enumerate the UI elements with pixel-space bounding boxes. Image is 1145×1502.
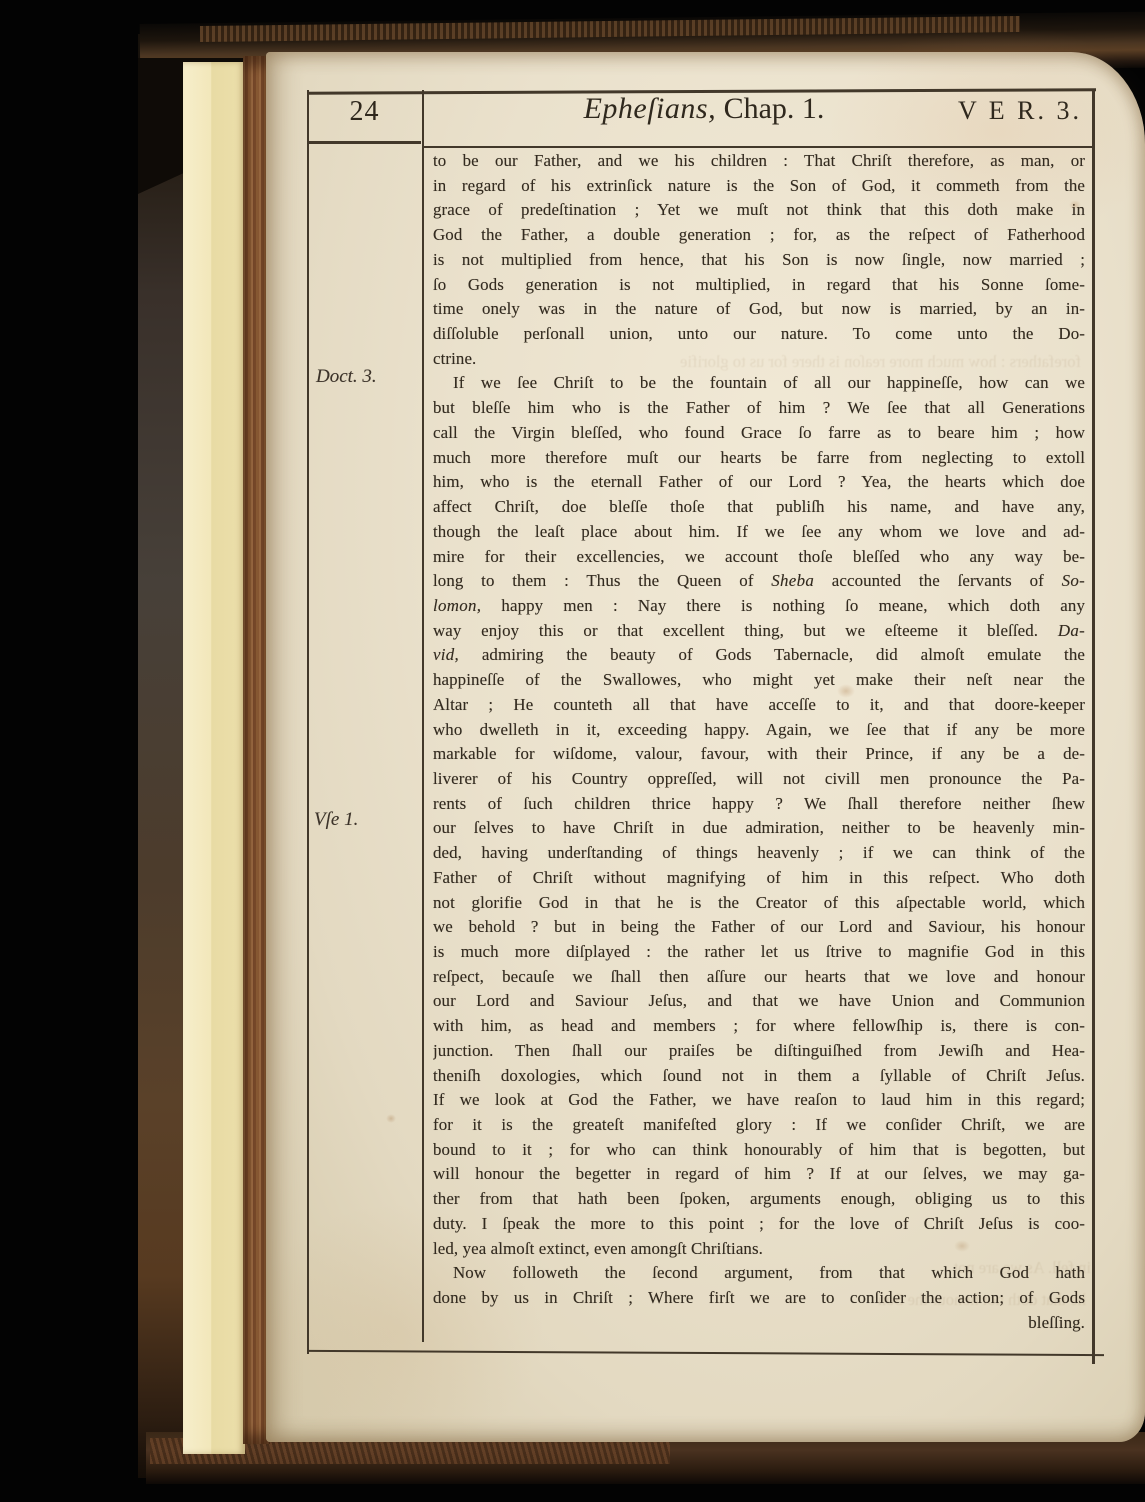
text-line: ſo Gods generation is not multiplied, in… xyxy=(433,275,1085,300)
text-line: though the leaſt place about him. If we … xyxy=(433,522,1085,547)
text-line: for it is the greateſt manifeſted glory … xyxy=(433,1115,1085,1140)
text-line: in regard of his extrinſick nature is th… xyxy=(433,176,1085,201)
verse-reference: V E R. 3. xyxy=(886,96,1082,126)
text-line: duty. I ſpeak the more to this point ; f… xyxy=(433,1214,1085,1239)
text-line: lomon, happy men : Nay there is nothing … xyxy=(433,596,1085,621)
text-line: Father of Chriſt without magnifying of h… xyxy=(433,868,1085,893)
text-line: bleſſing. xyxy=(433,1313,1085,1338)
frame-rule-under-pagenum xyxy=(309,141,421,144)
flyleaf-page-edge xyxy=(183,62,245,1454)
text-line: but bleſſe him who is the Father of him … xyxy=(433,398,1085,423)
text-line: time onely was in the nature of God, but… xyxy=(433,299,1085,324)
text-line: is much more diſplayed : the rather let … xyxy=(433,942,1085,967)
frame-rule-left xyxy=(307,90,309,1354)
running-header-chapter: Chap. 1. xyxy=(724,92,825,125)
book-page: 24 Epheſians, Chap. 1. V E R. 3. Doct. 3… xyxy=(266,52,1145,1442)
margin-note-doctrine: Doct. 3. xyxy=(316,366,377,388)
margin-note-use: Vſe 1. xyxy=(314,809,358,831)
text-line: done by us in Chriſt ; Where firſt we ar… xyxy=(433,1288,1085,1313)
text-line: is not multiplied from hence, that his S… xyxy=(433,250,1085,275)
text-line: our Lord and Saviour Jeſus, and that we … xyxy=(433,991,1085,1016)
text-line: ther from that hath been ſpoken, argumen… xyxy=(433,1189,1085,1214)
book-scan: 24 Epheſians, Chap. 1. V E R. 3. Doct. 3… xyxy=(0,0,1145,1502)
text-line: mire for their excellencies, we account … xyxy=(433,547,1085,572)
text-line: theniſh doxologies, which ſound not in t… xyxy=(433,1066,1085,1091)
page-number: 24 xyxy=(307,96,422,128)
text-line: affect Chriſt, doe bleſſe thoſe that pub… xyxy=(433,497,1085,522)
text-line: junction. Then ſhall our praiſes be diſt… xyxy=(433,1041,1085,1066)
text-line: him, who is the eternall Father of our L… xyxy=(433,472,1085,497)
text-line: liverer of his Country oppreſſed, will n… xyxy=(433,769,1085,794)
text-line: led, yea almoſt extinct, even amongſt Ch… xyxy=(433,1239,1085,1264)
text-line: with him, as head and members ; for wher… xyxy=(433,1016,1085,1041)
text-line: who dwelleth in it, exceeding happy. Aga… xyxy=(433,720,1085,745)
text-line: God the Father, a double generation ; fo… xyxy=(433,225,1085,250)
text-line: If we ſee Chriſt to be the fountain of a… xyxy=(433,373,1085,398)
frame-rule-under-header xyxy=(424,146,1092,148)
text-line: ctrine. xyxy=(433,349,1085,374)
text-line: will honour the begetter in regard of hi… xyxy=(433,1164,1085,1189)
body-text: to be our Father, and we his children : … xyxy=(433,151,1085,1338)
text-line: not glorifie God in that he is the Creat… xyxy=(433,893,1085,918)
text-line: we behold ? but in being the Father of o… xyxy=(433,917,1085,942)
text-line: long to them : Thus the Queen of Sheba a… xyxy=(433,571,1085,596)
text-line: vid, admiring the beauty of Gods Taberna… xyxy=(433,645,1085,670)
text-line: our ſelves to have Chriſt in due admirat… xyxy=(433,818,1085,843)
frame-rule-margin-divider xyxy=(422,90,424,1342)
text-line: way enjoy this or that excellent thing, … xyxy=(433,621,1085,646)
frame-rule-bottom xyxy=(307,1350,1104,1356)
running-header-book-title: Epheſians, xyxy=(584,92,717,125)
text-line: Now followeth the ſecond argument, from … xyxy=(433,1263,1085,1288)
text-line: grace of predeſtination ; Yet we muſt no… xyxy=(433,200,1085,225)
text-line: to be our Father, and we his children : … xyxy=(433,151,1085,176)
foxing-spot xyxy=(386,1114,396,1123)
text-line: markable for wiſdome, valour, favour, wi… xyxy=(433,744,1085,769)
text-line: Altar ; He counteth all that have acceſſ… xyxy=(433,695,1085,720)
text-line: happineſſe of the Swallowes, who might y… xyxy=(433,670,1085,695)
text-line: bound to it ; for who can think honourab… xyxy=(433,1140,1085,1165)
text-line: reſpect, becauſe we ſhall then aſſure ou… xyxy=(433,967,1085,992)
text-line: diſſoluble perſonall union, unto our nat… xyxy=(433,324,1085,349)
text-line: call the Virgin bleſſed, who found Grace… xyxy=(433,423,1085,448)
text-line: much more therefore muſt our hearts be f… xyxy=(433,448,1085,473)
frame-rule-right xyxy=(1092,90,1095,1364)
text-line: ded, having underſtanding of things heav… xyxy=(433,843,1085,868)
text-line: If we look at God the Father, we have re… xyxy=(433,1090,1085,1115)
text-line: rents of ſuch children thrice happy ? We… xyxy=(433,794,1085,819)
